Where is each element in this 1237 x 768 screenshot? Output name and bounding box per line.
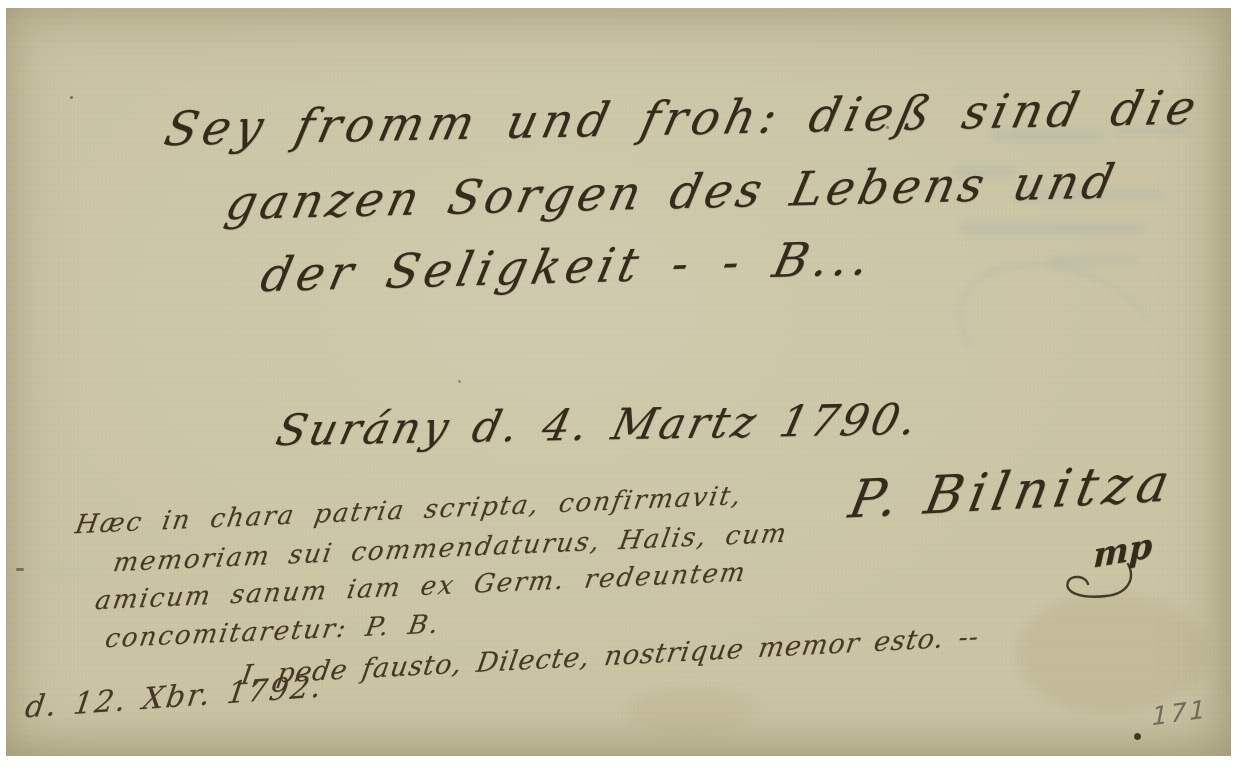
manuscript-scan: Sey fromm und froh: dieß sind die ganzen… (0, 0, 1237, 768)
verse-line-2: ganzen Sorgen des Lebens und (221, 154, 1123, 231)
bleed-mark (46, 568, 101, 576)
paper-stain (1016, 593, 1206, 713)
dateline: Surány d. 4. Martz 1790. (271, 395, 924, 456)
bleed-through-stamp (939, 236, 1184, 430)
verse-line-3: der Seligkeit - - B... (256, 231, 880, 303)
marginal-note-line-4: concomitaretur: P. B. (103, 609, 442, 654)
signature-name: P. Bilnitza (844, 453, 1180, 531)
ink-speck (70, 96, 73, 99)
manuscript-page: Sey fromm und froh: dieß sind die ganzen… (6, 8, 1231, 756)
signature-flourish (1058, 556, 1158, 602)
postscript-date: d. 12. Xbr. 1792. (23, 669, 325, 725)
bleed-mark (961, 222, 1146, 234)
ink-speck (16, 568, 24, 571)
ink-speck (458, 380, 461, 383)
paper-stain (626, 688, 756, 733)
ink-speck (1134, 733, 1141, 740)
verse-line-1: Sey fromm und froh: dieß sind die (159, 80, 1205, 157)
